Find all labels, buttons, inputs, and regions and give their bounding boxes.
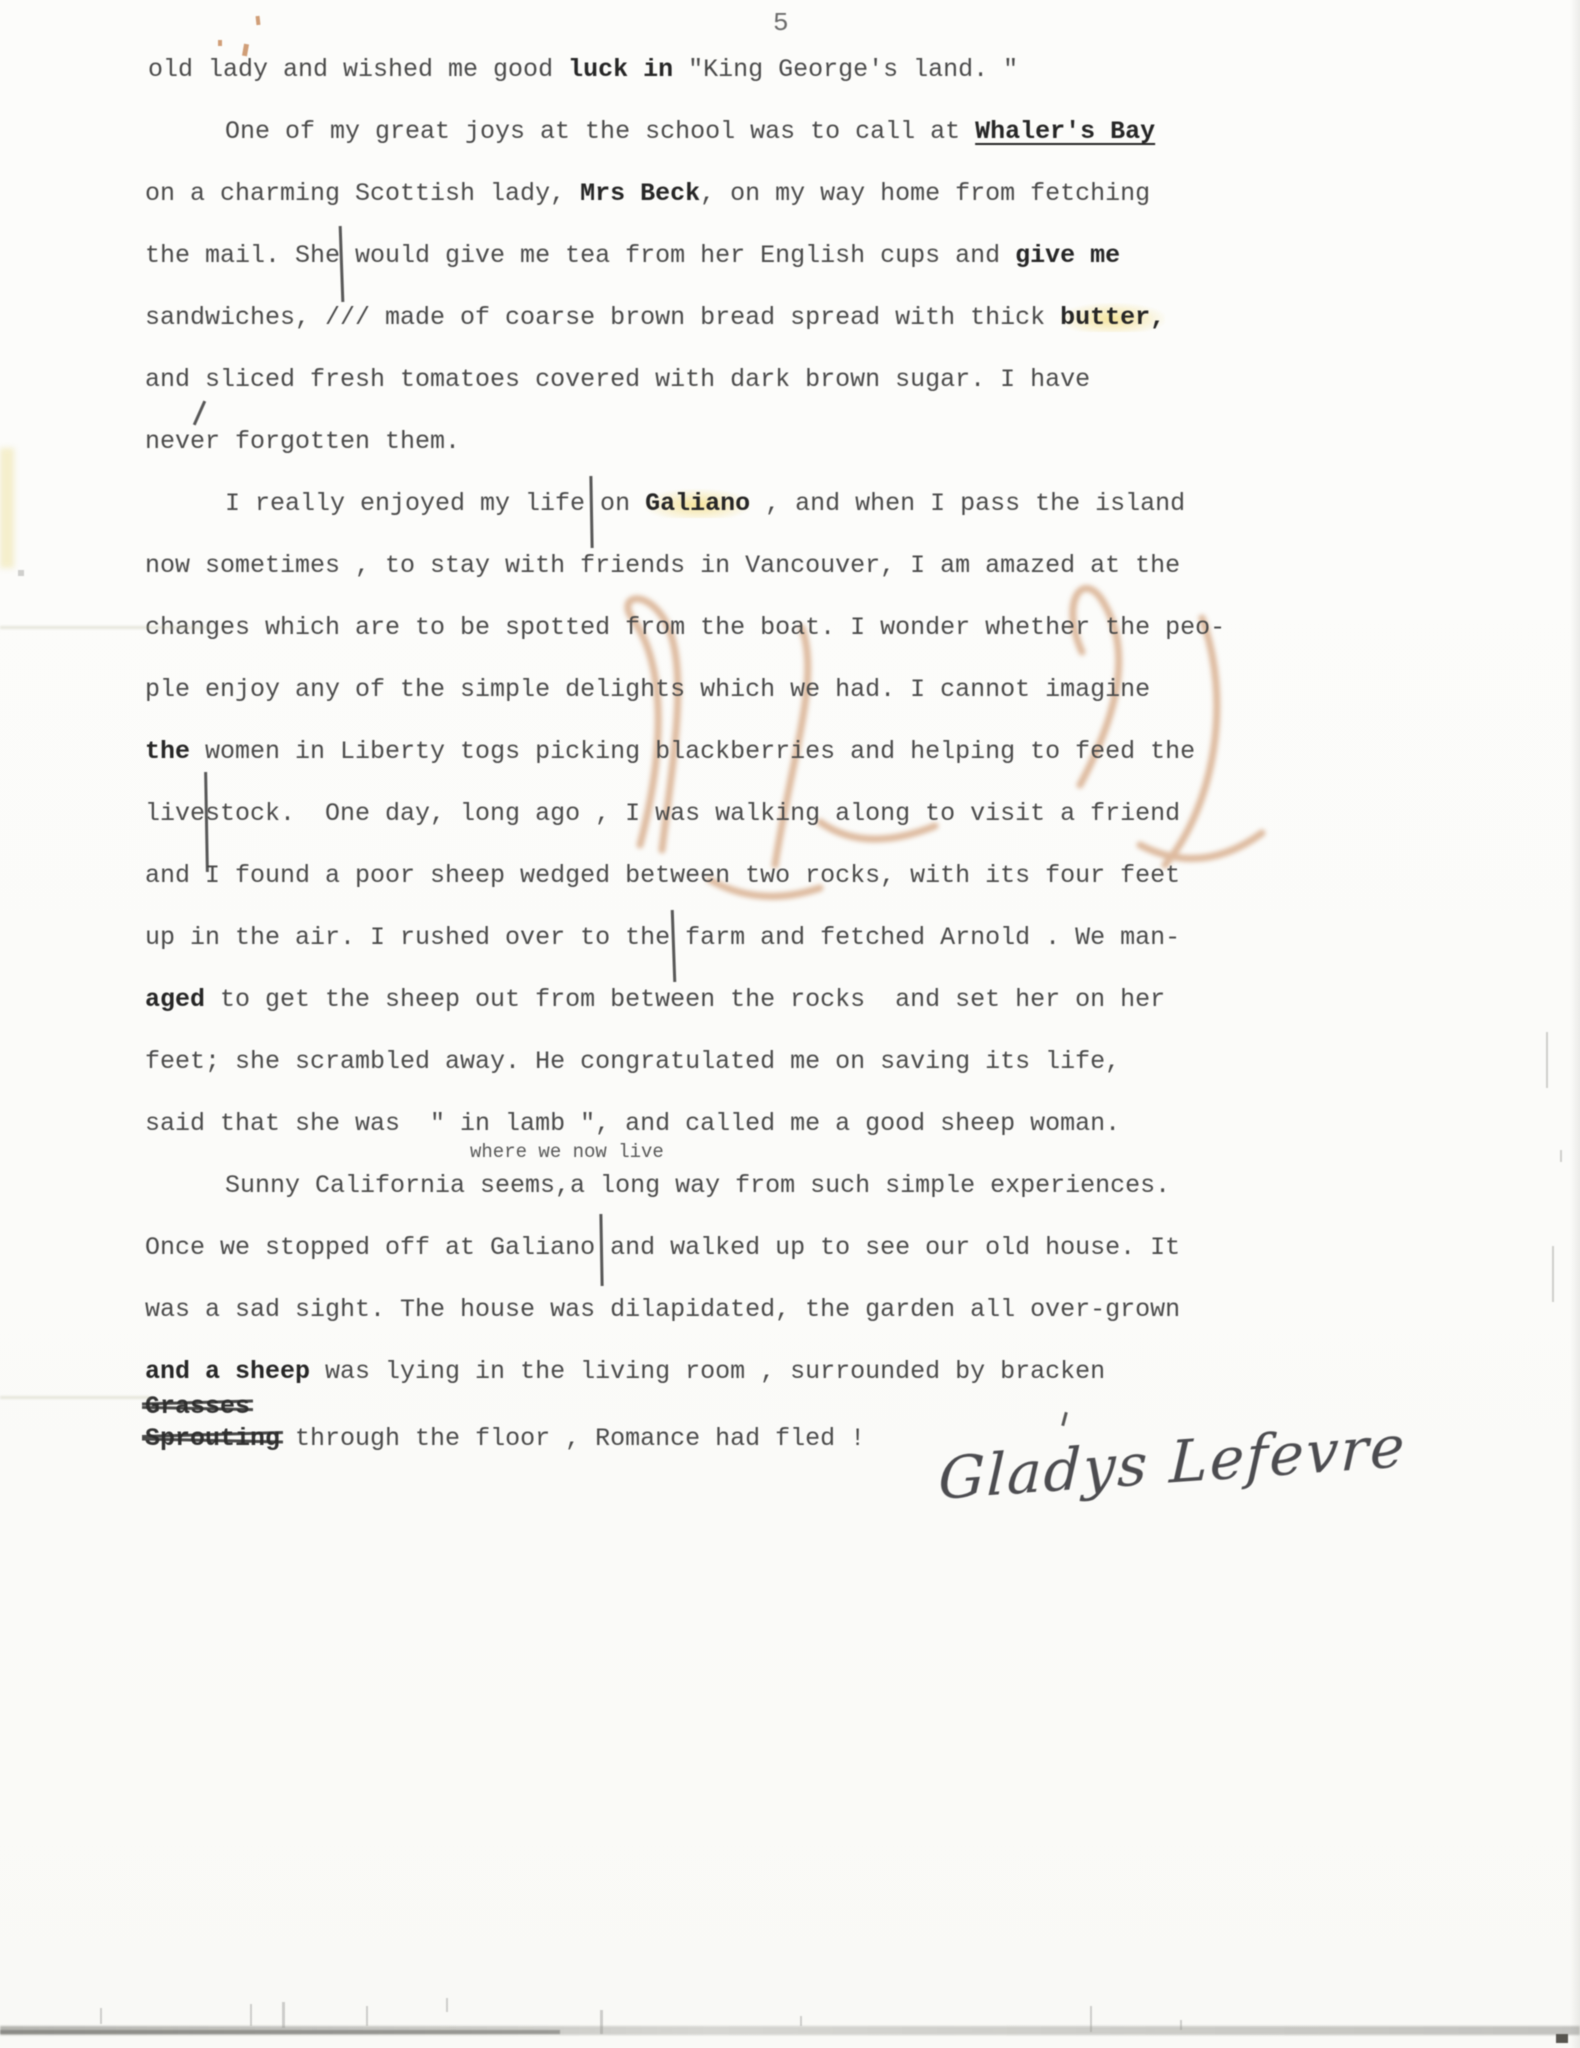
scan-corner-speck <box>1556 2034 1568 2043</box>
typed-text-segment: One of my great joys at the school was t… <box>225 117 975 146</box>
typed-line: and a sheep was lying in the living room… <box>145 1357 1105 1386</box>
scan-speck <box>600 2010 603 2034</box>
typed-text-segment: livestock. One day, long ago , I was wal… <box>145 799 1180 828</box>
typed-text-segment: said that she was " in lamb ", and calle… <box>145 1109 1120 1138</box>
scan-speck <box>1090 2006 1092 2032</box>
page-number: 5 <box>773 8 789 38</box>
typed-line: and I found a poor sheep wedged between … <box>145 861 1180 890</box>
scan-speck <box>250 2004 252 2026</box>
typed-text-segment: where we now live <box>470 1141 664 1163</box>
typed-text-segment: up in the air. I rushed over to the farm… <box>145 923 1180 952</box>
typed-line: I really enjoyed my life on Galiano , an… <box>225 489 1185 518</box>
typed-text-segment: through the floor , Romance had fled ! <box>280 1424 865 1453</box>
typed-text-segment: Grasses <box>145 1392 250 1421</box>
typed-line: feet; she scrambled away. He congratulat… <box>145 1047 1120 1076</box>
scan-speck <box>282 2002 285 2028</box>
scan-speck <box>18 570 24 576</box>
pen-mark <box>1061 1412 1068 1426</box>
typed-text-segment: on a charming Scottish lady, <box>145 179 580 208</box>
typed-text-segment: Galiano <box>645 489 750 518</box>
scan-speck <box>1546 1032 1548 1088</box>
typed-text-segment: "King George's land. " <box>673 55 1018 84</box>
scan-speck <box>218 40 222 46</box>
typed-line: up in the air. I rushed over to the farm… <box>145 923 1180 952</box>
typed-text-segment: I really enjoyed my life on <box>225 489 645 518</box>
scan-right-edge-shade <box>1570 0 1580 2048</box>
typed-text-segment: ple enjoy any of the simple delights whi… <box>145 675 1150 704</box>
typed-text-segment: Once we stopped off at Galiano and walke… <box>145 1233 1180 1262</box>
typed-text-segment: , and when I pass the island <box>750 489 1185 518</box>
typed-line: old lady and wished me good luck in "Kin… <box>148 55 1018 84</box>
typed-text-segment: never forgotten them. <box>145 427 460 456</box>
typed-line: ple enjoy any of the simple delights whi… <box>145 675 1150 704</box>
scan-speck <box>446 1998 448 2012</box>
typed-text-segment: butter, <box>1060 303 1165 332</box>
typed-text-segment: Sprouting <box>145 1424 280 1453</box>
typed-line: never forgotten them. <box>145 427 460 456</box>
yellow-edge-smudge <box>0 448 14 568</box>
typed-line: said that she was " in lamb ", and calle… <box>145 1109 1120 1138</box>
typed-text-segment: and sliced fresh tomatoes covered with d… <box>145 365 1090 394</box>
typed-text-segment: and a sheep <box>145 1357 310 1386</box>
typed-text-segment: the <box>145 737 190 766</box>
handwritten-signature: Gladys Lefevre <box>937 1411 1407 1512</box>
scan-speck <box>100 2008 102 2024</box>
typed-line: was a sad sight. The house was dilapidat… <box>145 1295 1180 1324</box>
typed-text-segment: aged <box>145 985 205 1014</box>
typed-line: livestock. One day, long ago , I was wal… <box>145 799 1180 828</box>
scan-speck <box>366 2006 368 2026</box>
paper-crease-left-lower <box>0 1396 150 1399</box>
typed-line: the women in Liberty togs picking blackb… <box>145 737 1195 766</box>
typed-text-segment: sandwiches, /// made of coarse brown bre… <box>145 303 1060 332</box>
scan-speck <box>1560 1150 1562 1162</box>
typed-text-segment: to get the sheep out from between the ro… <box>205 985 1165 1014</box>
typed-line: now sometimes , to stay with friends in … <box>145 551 1180 580</box>
typed-text-segment: the mail. She would give me tea from her… <box>145 241 1015 270</box>
typed-text-segment: luck in <box>568 55 673 84</box>
typed-text-segment: Sunny California seems,a long way from s… <box>225 1171 1170 1200</box>
typed-text-segment: feet; she scrambled away. He congratulat… <box>145 1047 1120 1076</box>
scan-bottom-edge-dark-segment <box>0 2030 560 2034</box>
pen-mark <box>589 476 593 548</box>
typed-text-segment: Mrs Beck <box>580 179 700 208</box>
scan-speck <box>256 16 261 25</box>
paper-crease-left <box>0 626 210 629</box>
scan-speck <box>800 2016 802 2026</box>
scanned-letter-page: 5 old lady and wished me good luck in "K… <box>0 0 1580 2048</box>
scan-speck <box>1552 1246 1554 1302</box>
typed-text-segment: and I found a poor sheep wedged between … <box>145 861 1180 890</box>
pen-mark <box>193 401 206 426</box>
typed-line: the mail. She would give me tea from her… <box>145 241 1120 270</box>
typed-line: Once we stopped off at Galiano and walke… <box>145 1233 1180 1262</box>
typed-text-segment: Whaler's Bay <box>975 117 1155 146</box>
typed-line: Sunny California seems,a long way from s… <box>225 1171 1170 1200</box>
typed-text-segment: was lying in the living room , surrounde… <box>310 1357 1105 1386</box>
typed-text-segment: was a sad sight. The house was dilapidat… <box>145 1295 1180 1324</box>
typed-text-segment: , on my way home from fetching <box>700 179 1150 208</box>
pen-mark <box>599 1214 603 1286</box>
typed-line: where we now live <box>470 1136 664 1165</box>
typed-line: One of my great joys at the school was t… <box>225 117 1155 146</box>
typed-line: aged to get the sheep out from between t… <box>145 985 1165 1014</box>
typed-text-segment: give me <box>1015 241 1120 270</box>
typed-line: Sprouting through the floor , Romance ha… <box>145 1424 865 1453</box>
typed-text-segment: women in Liberty togs picking blackberri… <box>190 737 1195 766</box>
typed-line: on a charming Scottish lady, Mrs Beck, o… <box>145 179 1150 208</box>
typed-line: and sliced fresh tomatoes covered with d… <box>145 365 1090 394</box>
typed-text-segment: now sometimes , to stay with friends in … <box>145 551 1180 580</box>
typed-text-segment: changes which are to be spotted from the… <box>145 613 1225 642</box>
typed-line: sandwiches, /// made of coarse brown bre… <box>145 303 1165 332</box>
scan-speck <box>1180 2020 1182 2030</box>
typed-line: changes which are to be spotted from the… <box>145 613 1225 642</box>
typed-text-segment: old lady and wished me good <box>148 55 568 84</box>
typed-line: Grasses <box>145 1392 250 1421</box>
